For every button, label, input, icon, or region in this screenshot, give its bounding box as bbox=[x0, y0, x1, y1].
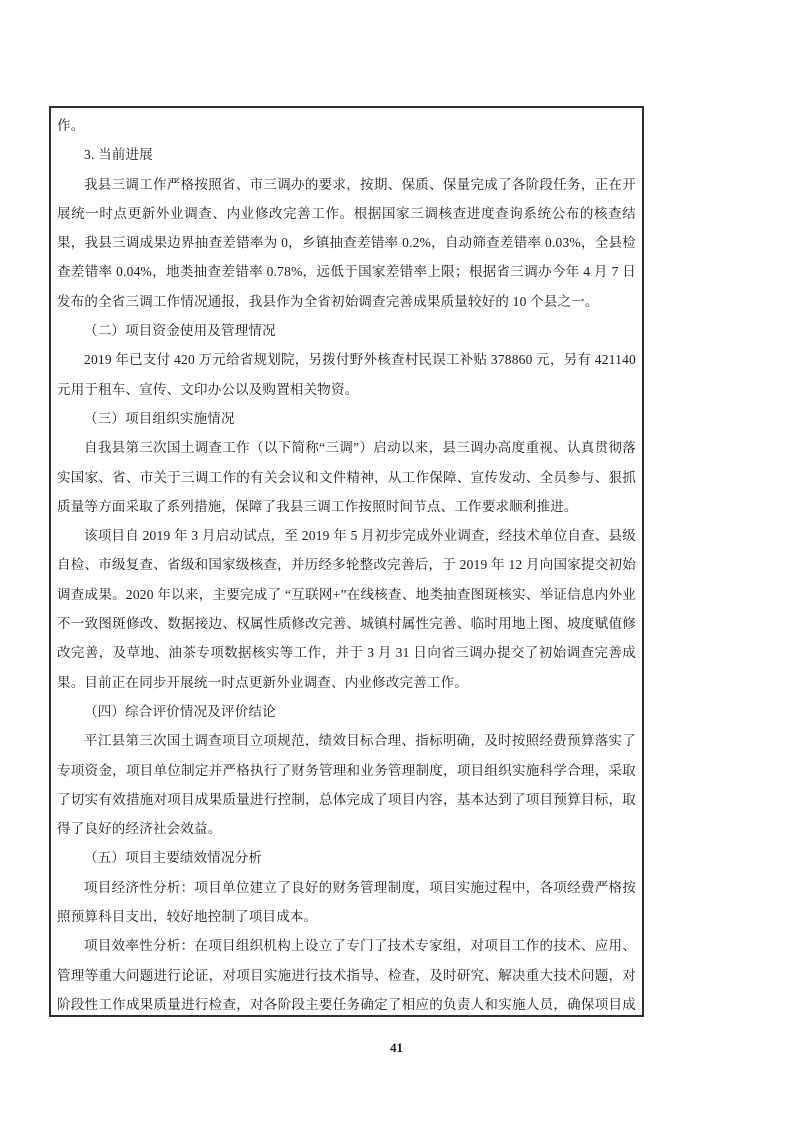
paragraph: （二）项目资金使用及管理情况 bbox=[57, 316, 636, 345]
paragraph: 作。 bbox=[57, 111, 636, 140]
document-page: 作。 3. 当前进展 我县三调工作严格按照省、市三调办的要求，按期、保质、保量完… bbox=[0, 0, 793, 1122]
paragraph: 该项目自 2019 年 3 月启动试点，至 2019 年 5 月初步完成外业调查… bbox=[57, 521, 636, 697]
paragraph: 平江县第三次国土调查项目立项规范，绩效目标合理、指标明确，及时按照经费预算落实了… bbox=[57, 726, 636, 843]
paragraph: （三）项目组织实施情况 bbox=[57, 404, 636, 433]
paragraph: 项目效率性分析：在项目组织机构上设立了专门了技术专家组，对项目工作的技术、应用、… bbox=[57, 931, 636, 1017]
page-number: 41 bbox=[0, 1040, 793, 1056]
paragraph: （五）项目主要绩效情况分析 bbox=[57, 843, 636, 872]
paragraph: （四）综合评价情况及评价结论 bbox=[57, 697, 636, 726]
paragraph: 3. 当前进展 bbox=[57, 140, 636, 169]
paragraph: 我县三调工作严格按照省、市三调办的要求，按期、保质、保量完成了各阶段任务，正在开… bbox=[57, 170, 636, 316]
paragraph: 2019 年已支付 420 万元给省规划院，另拨付野外核查村民误工补贴 3788… bbox=[57, 345, 636, 404]
paragraph: 自我县第三次国土调查工作（以下简称“三调”）启动以来，县三调办高度重视、认真贯彻… bbox=[57, 433, 636, 521]
paragraph: 项目经济性分析：项目单位建立了良好的财务管理制度，项目实施过程中，各项经费严格按… bbox=[57, 873, 636, 932]
content-box: 作。 3. 当前进展 我县三调工作严格按照省、市三调办的要求，按期、保质、保量完… bbox=[49, 106, 644, 1017]
